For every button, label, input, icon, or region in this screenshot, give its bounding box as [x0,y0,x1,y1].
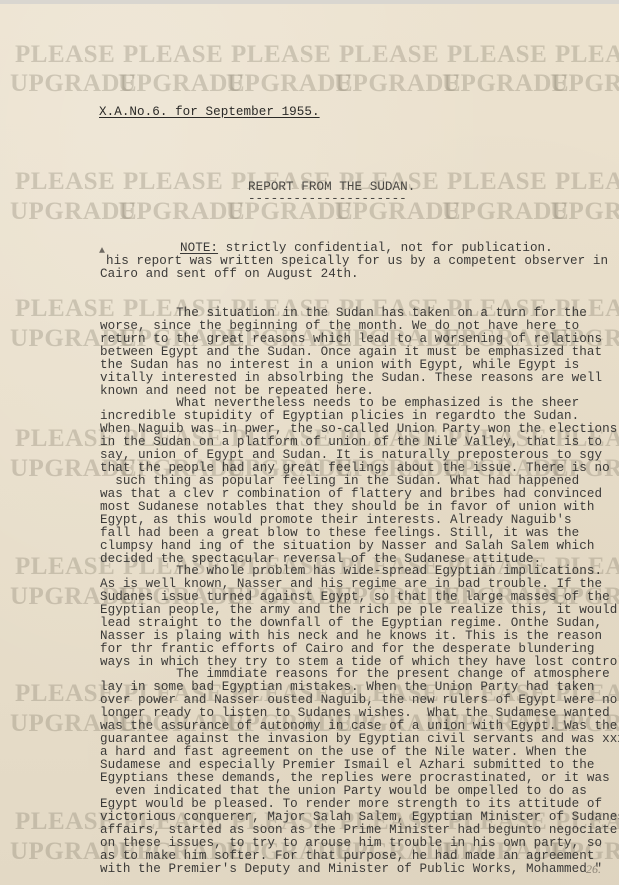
watermark-text: UPGRADE [442,197,569,227]
watermark-text: PLEASE [123,40,223,70]
watermark-text: PLEASE [555,167,619,197]
document-reference: X.A.No.6. for September 1955. [99,106,320,119]
watermark-text: UPGRADE [442,69,569,99]
document-page: PLEASE PLEASE PLEASE PLEASE PLEASE PLEAS… [0,4,619,885]
watermark-text: PLEASE [231,40,331,70]
watermark-text: PLEASE [447,40,547,70]
watermark-text: UPGRADE [226,69,353,99]
watermark-text: UPGRADE [550,69,619,99]
intro-line: Cairo and sent off on August 24th. [100,268,359,281]
typing-mark: ▲ [99,246,105,257]
watermark-text: UPGRADE [118,69,245,99]
note-text: strictly confidential, not for publicati… [218,241,553,255]
watermark-row: UPGRADE UPGRADE UPGRADE UPGRADE UPGRADE … [0,69,619,99]
watermark-text: UPGRADE [334,69,461,99]
watermark-text: UPGRADE [118,197,245,227]
watermark-text: PLEASE [123,167,223,197]
title-underline-rule: --------------------- [248,193,407,206]
watermark-text: PLEASE [339,40,439,70]
watermark-text: PLEASE [447,167,547,197]
watermark-text: UPGRADE [550,197,619,227]
watermark-text: PLEASE [555,40,619,70]
note-label: NOTE: [180,241,218,255]
watermark-text: PLEASE [15,167,115,197]
watermark-text: PLEASE [15,40,115,70]
watermark-row: PLEASE PLEASE PLEASE PLEASE PLEASE PLEAS… [0,40,619,70]
body-line: with the Premier's Deputy and Minister o… [100,863,602,876]
page-number: 26. [586,862,601,877]
watermark-text: UPGRADE [10,197,137,227]
watermark-text: UPGRADE [10,69,137,99]
